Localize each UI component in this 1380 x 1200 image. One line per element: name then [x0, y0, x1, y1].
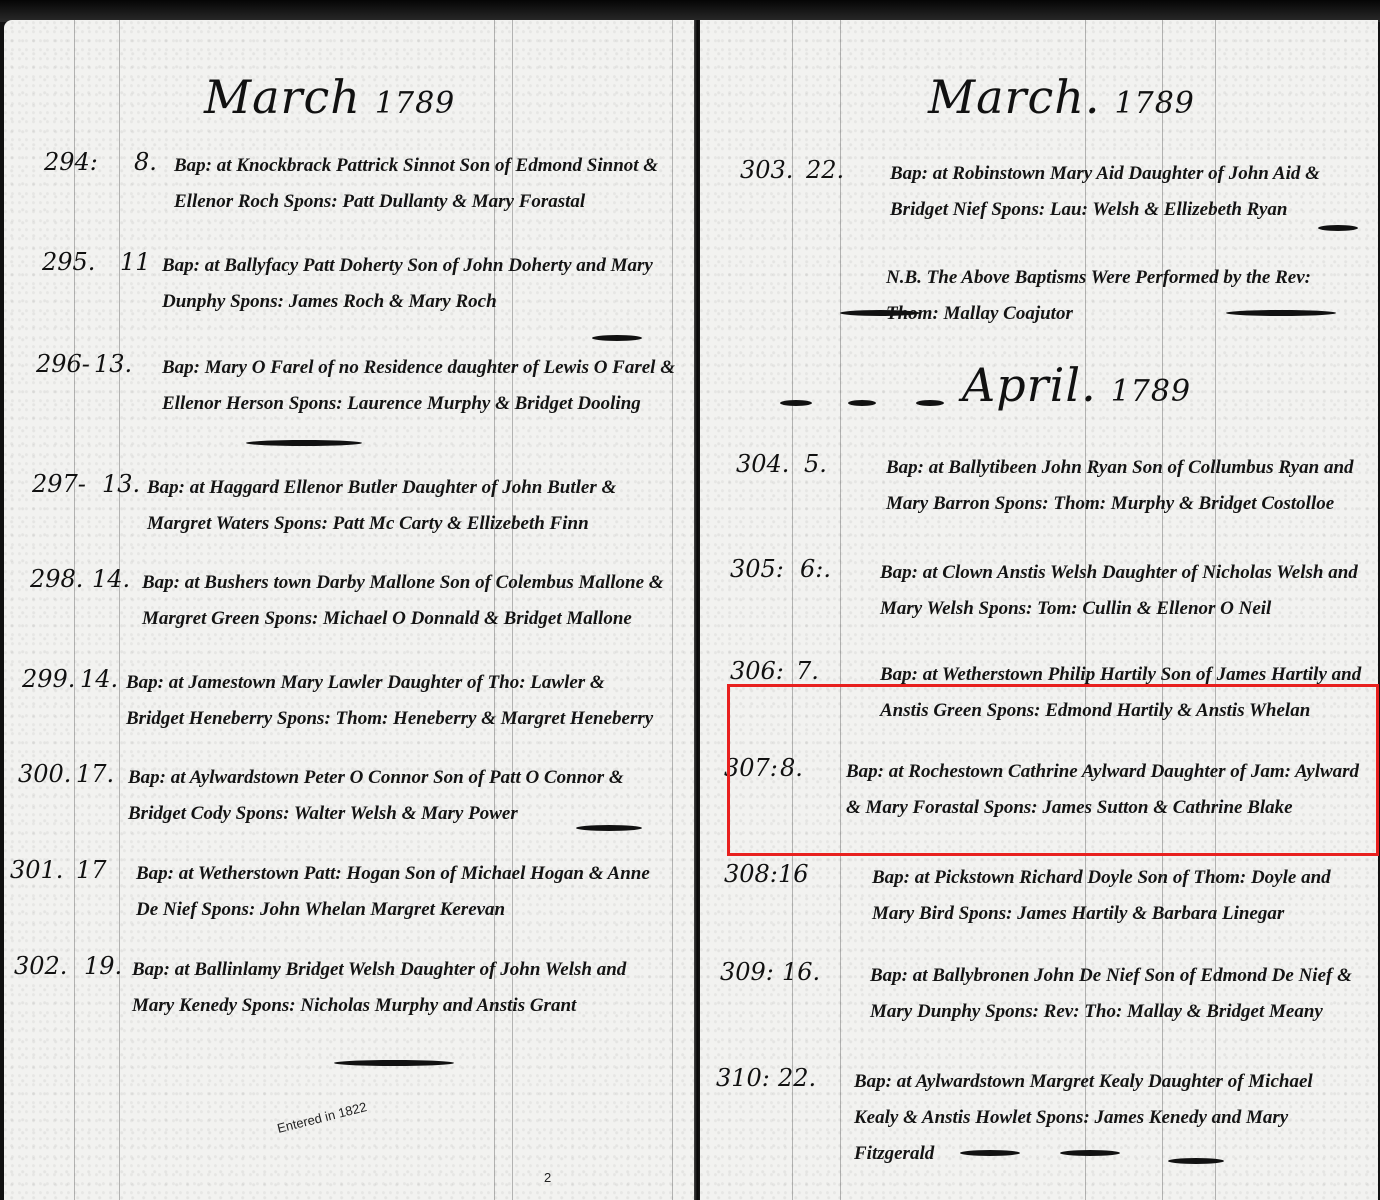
- year: 1789: [1115, 86, 1195, 121]
- baptism-entry-294: 294: 8. Bap: at Knockbrack Pattrick Sinn…: [44, 148, 684, 228]
- entry-number: 304.: [736, 450, 789, 478]
- baptism-entry-308: 308: 16 Bap: at Pickstown Richard Doyle …: [724, 860, 1374, 940]
- month-name: April.: [962, 358, 1097, 412]
- entry-number: 297-: [32, 470, 86, 498]
- entry-day: 7.: [796, 657, 819, 685]
- baptism-entry-310: 310: 22. Bap: at Aylwardstown Margret Ke…: [716, 1064, 1366, 1174]
- entry-number: 298.: [30, 565, 83, 593]
- entry-day: 13.: [94, 350, 132, 378]
- entry-day: 22.: [806, 156, 844, 184]
- line-filler: [1168, 1158, 1224, 1164]
- entry-day: 16: [778, 860, 809, 888]
- entry-text: Bap: at Ballybronen John De Nief Son of …: [870, 958, 1360, 1030]
- entry-number: 310:: [716, 1064, 770, 1092]
- entry-text: Bap: at Bushers town Darby Mallone Son o…: [142, 565, 672, 637]
- month-heading-april: April.1789: [962, 358, 1191, 412]
- scan-top-edge: [0, 0, 1380, 22]
- entry-number: 294:: [44, 148, 98, 176]
- highlight-box-entry-307: [727, 684, 1379, 856]
- month-name: March.: [928, 70, 1101, 124]
- entry-day: 5.: [804, 450, 827, 478]
- entry-text: Bap: at Knockbrack Pattrick Sinnot Son o…: [174, 148, 674, 220]
- pencil-annotation: Entered in 1822: [276, 1099, 369, 1136]
- line-filler: [1060, 1150, 1120, 1156]
- entry-day: 13.: [102, 470, 140, 498]
- page-mark: 2: [544, 1170, 551, 1185]
- entry-day: 22.: [778, 1064, 816, 1092]
- baptism-entry-304: 304. 5. Bap: at Ballytibeen John Ryan So…: [736, 450, 1376, 530]
- entry-text: Bap: at Aylwardstown Peter O Connor Son …: [128, 760, 658, 832]
- line-filler: [848, 400, 876, 406]
- entry-day: 6:.: [800, 555, 831, 583]
- line-filler: [592, 335, 642, 341]
- entry-number: 302.: [14, 952, 67, 980]
- entry-number: 306:: [730, 657, 784, 685]
- entry-day: 17: [76, 856, 107, 884]
- month-heading-march: March.1789: [928, 70, 1195, 124]
- register-spread: March1789 294: 8. Bap: at Knockbrack Pat…: [0, 0, 1380, 1200]
- entry-text: Bap: at Ballyfacy Patt Doherty Son of Jo…: [162, 248, 672, 320]
- officiant-note: N.B. The Above Baptisms Were Performed b…: [886, 260, 1326, 332]
- line-filler: [1318, 225, 1358, 231]
- entry-number: 309:: [720, 958, 774, 986]
- entry-text: Bap: at Robinstown Mary Aid Daughter of …: [890, 156, 1370, 228]
- month-name: March: [204, 70, 361, 124]
- month-heading-march: March1789: [204, 70, 455, 124]
- entry-day: 16.: [782, 958, 820, 986]
- entry-day: 17.: [76, 760, 114, 788]
- line-filler: [840, 310, 920, 316]
- entry-number: 308:: [724, 860, 778, 888]
- year: 1789: [1111, 374, 1191, 409]
- entry-text: Bap: at Ballinlamy Bridget Welsh Daughte…: [132, 952, 652, 1024]
- entry-number: 299.: [22, 665, 75, 693]
- entry-text: Bap: at Clown Anstis Welsh Daughter of N…: [880, 555, 1370, 627]
- entry-number: 303.: [740, 156, 793, 184]
- baptism-entry-309: 309: 16. Bap: at Ballybronen John De Nie…: [720, 958, 1370, 1038]
- entry-day: 11: [120, 248, 151, 276]
- entry-number: 300.: [18, 760, 71, 788]
- entry-number: 295.: [42, 248, 95, 276]
- baptism-entry-301: 301. 17 Bap: at Wetherstown Patt: Hogan …: [10, 856, 670, 936]
- entry-text: Bap: Mary O Farel of no Residence daught…: [162, 350, 682, 422]
- line-filler: [246, 440, 362, 446]
- entry-text: Bap: at Ballytibeen John Ryan Son of Col…: [886, 450, 1376, 522]
- line-filler: [916, 400, 944, 406]
- baptism-entry-299: 299. 14. Bap: at Jamestown Mary Lawler D…: [22, 665, 672, 745]
- baptism-entry-303: 303. 22. Bap: at Robinstown Mary Aid Dau…: [740, 156, 1380, 236]
- baptism-entry-302: 302. 19. Bap: at Ballinlamy Bridget Wels…: [14, 952, 674, 1072]
- line-filler: [334, 1060, 454, 1066]
- year: 1789: [375, 86, 455, 121]
- baptism-entry-300: 300. 17. Bap: at Aylwardstown Peter O Co…: [18, 760, 668, 840]
- entry-number: 305:: [730, 555, 784, 583]
- entry-text: Bap: at Jamestown Mary Lawler Daughter o…: [126, 665, 656, 737]
- entry-day: 19.: [84, 952, 122, 980]
- entry-text: Bap: at Wetherstown Patt: Hogan Son of M…: [136, 856, 656, 928]
- entry-day: 14.: [92, 565, 130, 593]
- baptism-entry-305: 305: 6:. Bap: at Clown Anstis Welsh Daug…: [730, 555, 1370, 635]
- line-filler: [780, 400, 812, 406]
- entry-text: Bap: at Pickstown Richard Doyle Son of T…: [872, 860, 1372, 932]
- line-filler: [1226, 310, 1336, 316]
- right-page: March.1789 303. 22. Bap: at Robinstown M…: [700, 20, 1378, 1200]
- line-filler: [576, 825, 642, 831]
- line-filler: [960, 1150, 1020, 1156]
- left-page: March1789 294: 8. Bap: at Knockbrack Pat…: [4, 20, 694, 1200]
- baptism-entry-298: 298. 14. Bap: at Bushers town Darby Mall…: [30, 565, 680, 645]
- baptism-entry-297: 297- 13. Bap: at Haggard Ellenor Butler …: [32, 470, 682, 550]
- entry-day: 14.: [80, 665, 118, 693]
- entry-text: Bap: at Haggard Ellenor Butler Daughter …: [147, 470, 667, 542]
- entry-number: 301.: [10, 856, 63, 884]
- baptism-entry-295: 295. 11 Bap: at Ballyfacy Patt Doherty S…: [42, 248, 682, 328]
- entry-day: 8.: [134, 148, 157, 176]
- entry-number: 296-: [36, 350, 90, 378]
